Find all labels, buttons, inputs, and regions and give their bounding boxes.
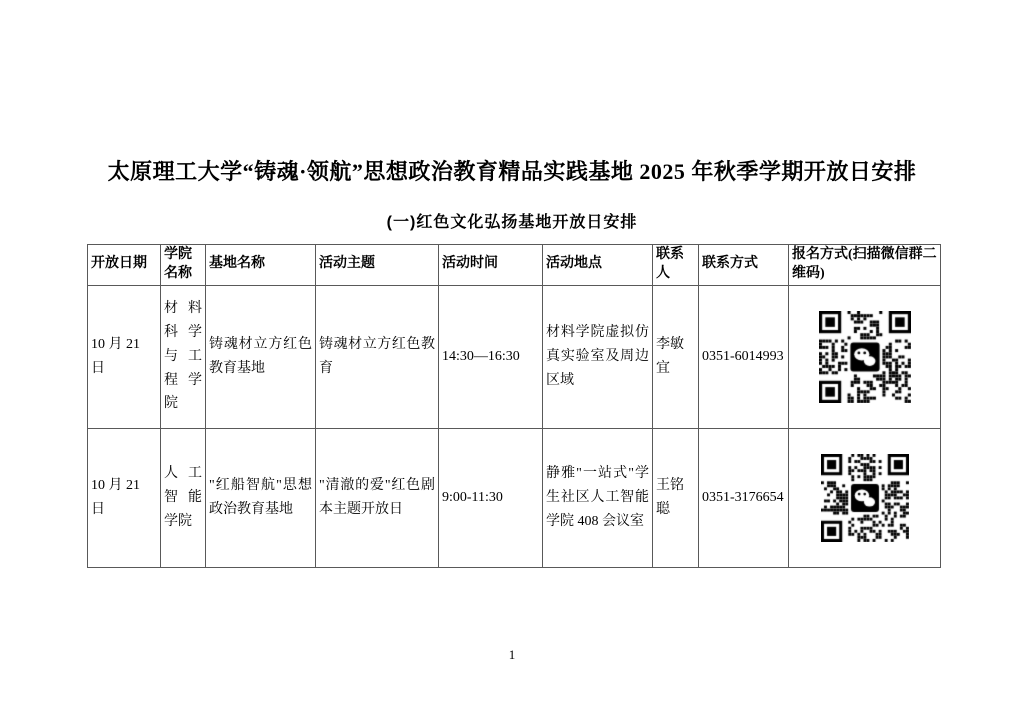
cell-theme: "清澈的爱"红色剧本主题开放日: [316, 428, 439, 567]
cell-time: 9:00-11:30: [439, 428, 543, 567]
col-header-phone: 联系方式: [699, 245, 789, 286]
col-header-base-name: 基地名称: [206, 245, 316, 286]
document-page: 太原理工大学“铸魂·领航”思想政治教育精品实践基地 2025 年秋季学期开放日安…: [0, 0, 1024, 724]
open-day-schedule-table: 开放日期 学院名称 基地名称 活动主题 活动时间 活动地点 联系人 联系方式 报…: [87, 244, 941, 568]
wechat-qr-code: [821, 454, 909, 542]
cell-theme: 铸魂材立方红色教育: [316, 285, 439, 428]
section-heading: (一)红色文化弘扬基地开放日安排: [0, 209, 1024, 232]
col-header-contact: 联系人: [653, 245, 699, 286]
document-title: 太原理工大学“铸魂·领航”思想政治教育精品实践基地 2025 年秋季学期开放日安…: [0, 155, 1024, 186]
col-header-location: 活动地点: [543, 245, 653, 286]
cell-phone: 0351-3176654: [699, 428, 789, 567]
page-number: 1: [0, 647, 1024, 663]
cell-signup-qr: [789, 428, 941, 567]
col-header-signup: 报名方式(扫描微信群二维码): [789, 245, 941, 286]
table-row: 10 月 21 日 人工智能学院 "红船智航"思想政治教育基地 "清澈的爱"红色…: [88, 428, 941, 567]
cell-phone: 0351-6014993: [699, 285, 789, 428]
cell-college: 材料科学与工程学院: [161, 285, 206, 428]
cell-location: 材料学院虚拟仿真实验室及周边区域: [543, 285, 653, 428]
cell-signup-qr: [789, 285, 941, 428]
cell-base-name: 铸魂材立方红色教育基地: [206, 285, 316, 428]
col-header-college: 学院名称: [161, 245, 206, 286]
col-header-time: 活动时间: [439, 245, 543, 286]
cell-contact: 王铭聪: [653, 428, 699, 567]
cell-contact: 李敏宜: [653, 285, 699, 428]
wechat-qr-code: [819, 311, 911, 403]
cell-college: 人工智能学院: [161, 428, 206, 567]
col-header-open-date: 开放日期: [88, 245, 161, 286]
cell-open-date: 10 月 21 日: [88, 428, 161, 567]
cell-open-date: 10 月 21 日: [88, 285, 161, 428]
col-header-theme: 活动主题: [316, 245, 439, 286]
table-row: 10 月 21 日 材料科学与工程学院 铸魂材立方红色教育基地 铸魂材立方红色教…: [88, 285, 941, 428]
cell-location: 静雅"一站式"学生社区人工智能学院 408 会议室: [543, 428, 653, 567]
cell-time: 14:30—16:30: [439, 285, 543, 428]
header-row: 开放日期 学院名称 基地名称 活动主题 活动时间 活动地点 联系人 联系方式 报…: [88, 245, 941, 286]
cell-base-name: "红船智航"思想政治教育基地: [206, 428, 316, 567]
